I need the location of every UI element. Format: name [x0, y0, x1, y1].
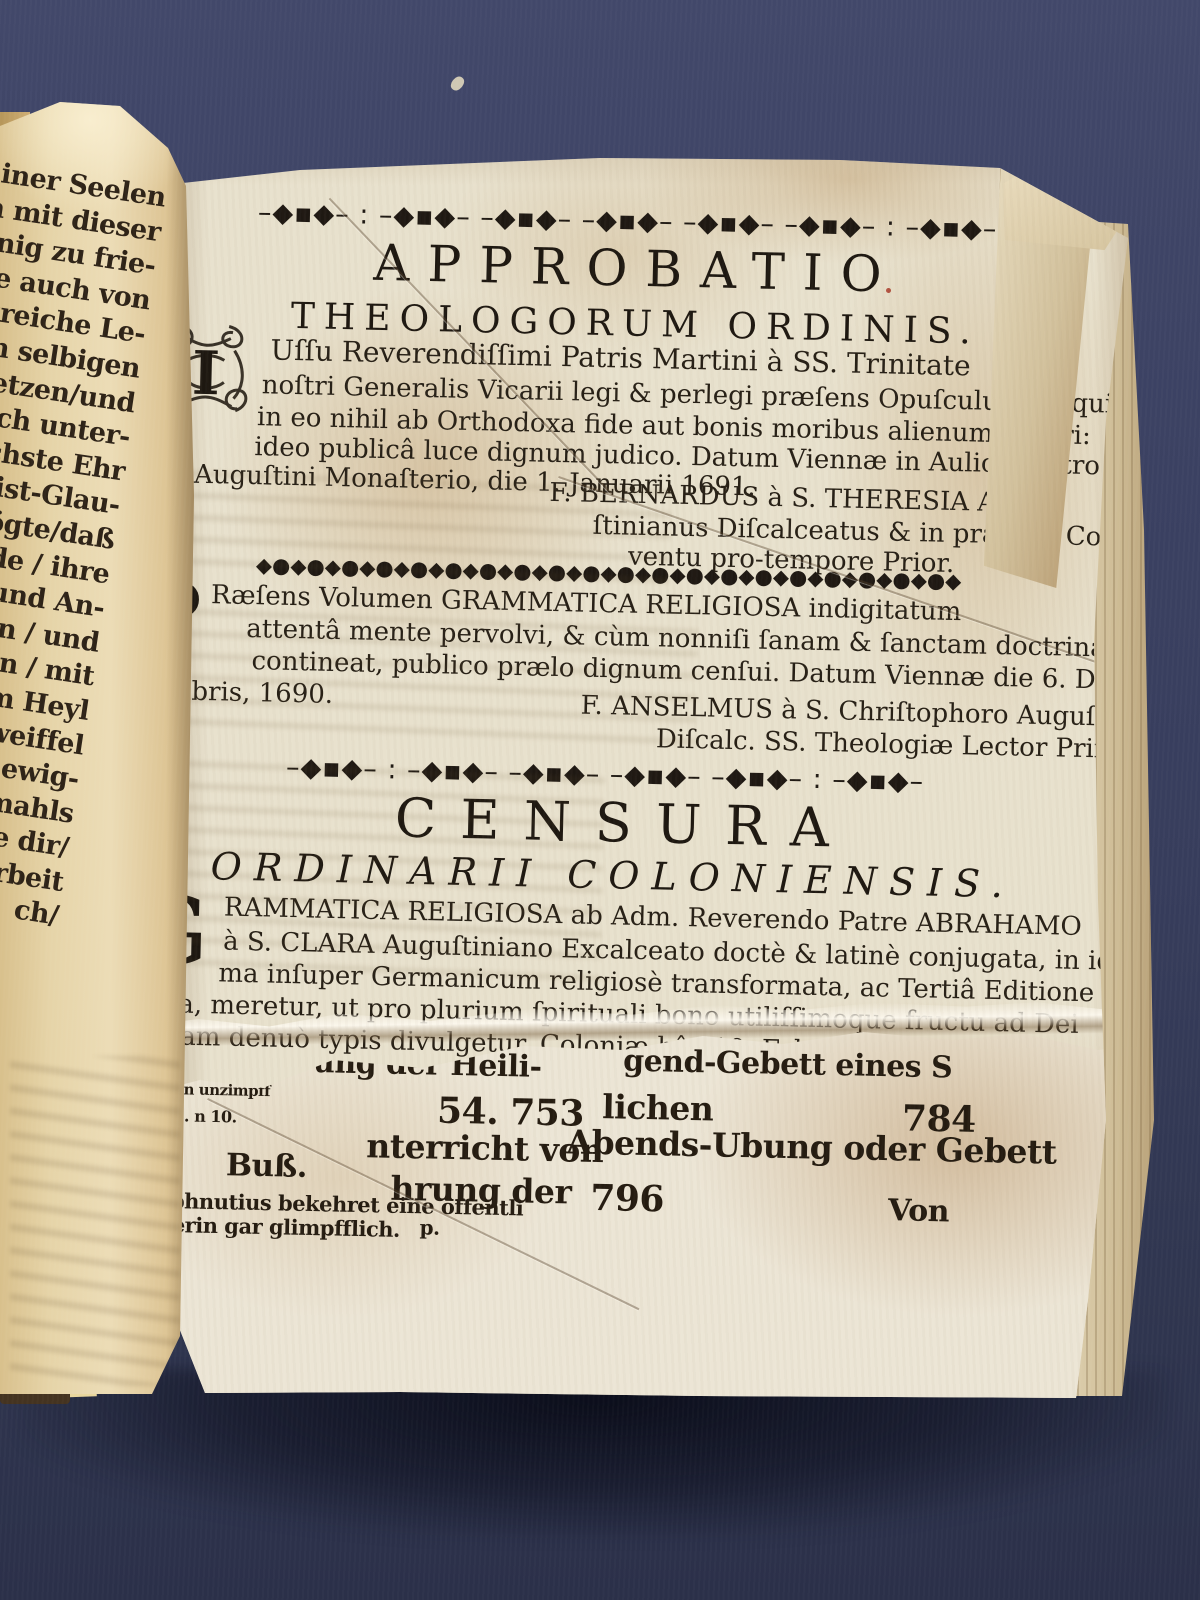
crumpled-corner-fold [971, 153, 1098, 589]
coloniensis-line-3: ma inſuper Germanicum religiosè transfor… [218, 958, 1141, 1009]
paphnutius-note-2: derin gar glimpfflich. [157, 1212, 400, 1242]
red-fleck [886, 288, 891, 293]
index-row-unterricht: nterricht von [366, 1126, 604, 1170]
ornament-row-top: –◆▪◆– : –◆▪◆– –◆▪◆– –◆▪◆– –◆▪◆– –◆▪◆– : … [187, 196, 1067, 247]
anselmus-signature-1: F. ANSELMUS à S. Chriſtophoro Auguſt. [580, 691, 1114, 733]
index-row-abends: Abends-Ubung oder Gebett [566, 1122, 1057, 1171]
praesens-line-1: Ræſens Volumen GRAMMATICA RELIGIOSA indi… [211, 580, 962, 627]
bleedthrough-smudge [120, 758, 605, 989]
approbatio-subtitle: THEOLOGORUM ORDINIS. [175, 293, 1096, 355]
index-pages-784: 784 [902, 1097, 977, 1141]
approbatio-title: APPROBATIO [206, 230, 1067, 307]
paper-crease [558, 476, 1140, 678]
main-page: –◆▪◆– : –◆▪◆– –◆▪◆– –◆▪◆– –◆▪◆– –◆▪◆– : … [148, 140, 1148, 1410]
bleedthrough-smudge [10, 1056, 180, 1386]
torn-paper-edge [138, 999, 1148, 1047]
coloniensis-line-4: poſita, meretur, ut pro plurium ſpiritua… [117, 988, 1079, 1040]
index-pages-796: 796 [590, 1177, 665, 1221]
approbatio-line-1: Uſſu Reverendiſſimi Patris Martini à SS.… [270, 333, 971, 382]
praesens-line-3: contineat, publico prælo dignum cenſui. … [251, 646, 1120, 696]
paphnutius-note-1: Paphnutius bekehret eine öffentli [142, 1188, 524, 1221]
torn-fraktur-right: gend-Gebett eines S [623, 1044, 953, 1086]
ornament-row-middle: ◆●◆●◆●◆●◆●◆●◆●◆●◆●◆●◆●◆●◆●◆●◆●◆●◆●◆●◆●◆●… [133, 550, 1083, 596]
bleedthrough-smudge [136, 599, 699, 752]
left-page-fraktur-column: iner Seelen ch mit dieser einig zu frie-… [0, 148, 168, 935]
paphnutius-note-p: p. [419, 1215, 439, 1239]
index-row-fuehrung: hrung der [390, 1169, 572, 1212]
initial-letter: I [191, 339, 221, 410]
index-word-buss: Buß. [226, 1147, 308, 1185]
censura-subtitle: ORDINARII COLONIENSIS. [142, 843, 1083, 908]
bleedthrough-smudge [149, 469, 671, 591]
coloniensis-line-2: à S. CLARA Auguſtiniano Excalceato doctè… [223, 927, 1146, 978]
crumpled-corner-flap [994, 134, 1147, 262]
paper-crease [329, 198, 614, 496]
index-word-lichen: lichen [602, 1087, 714, 1128]
coloniensis-line-5: gloriam denuò typis divulgetur. Coloniæ … [119, 1020, 967, 1069]
approbatio-line-2: noſtri Generalis Vicarii legi & perlegi … [261, 370, 1129, 420]
ornament-row-bottom: –◆▪◆– : –◆▪◆– –◆▪◆– –◆▪◆– –◆▪◆– : –◆▪◆– [155, 749, 1055, 800]
revealed-index-text: ung der Heili- gend-Gebett eines S Ein u… [134, 1017, 1152, 1410]
paper-crease [207, 1098, 639, 1310]
debris-speck [448, 74, 466, 93]
torn-fraktur-left: ung der Heili- [313, 1045, 542, 1085]
index-pages-753: 54. 753 [437, 1090, 585, 1135]
bernardus-signature-1: F. BERNARDUS à S. THERESIA Augu- [549, 478, 1055, 519]
main-page-content: –◆▪◆– : –◆▪◆– –◆▪◆– –◆▪◆– –◆▪◆– –◆▪◆– : … [121, 139, 1150, 1431]
revealed-index-page: ung der Heili- gend-Gebett eines S Ein u… [138, 1028, 1148, 1400]
left-page: iner Seelen ch mit dieser einig zu frie-… [0, 96, 200, 1396]
bernardus-signature-3: ventu pro-tempore Prior. [628, 542, 955, 579]
bernardus-signature-2: ſtinianus Diſcalceatus & in præfato Con- [592, 511, 1127, 553]
catchword-von: Von [888, 1193, 950, 1229]
coloniensis-line-1: RAMMATICA RELIGIOSA ab Adm. Reverendo Pa… [224, 893, 1082, 942]
praesens-line-2: attentâ mente pervolvi, & cùm nonniſi ſa… [246, 614, 1131, 664]
approbatio-line-3: in eo nihil ab Orthodoxa fide aut bonis … [257, 402, 1091, 451]
book-photo-scene: –◆▪◆– : –◆▪◆– –◆▪◆– –◆▪◆– –◆▪◆– –◆▪◆– : … [0, 0, 1200, 1600]
approbatio-line-5: PP. Auguſtini Monaſterio, die 1. Januari… [147, 459, 756, 503]
approbatio-line-4: ideo publicâ luce dignum judico. Datum V… [254, 432, 1100, 481]
censura-title: CENSURA [193, 782, 1054, 864]
